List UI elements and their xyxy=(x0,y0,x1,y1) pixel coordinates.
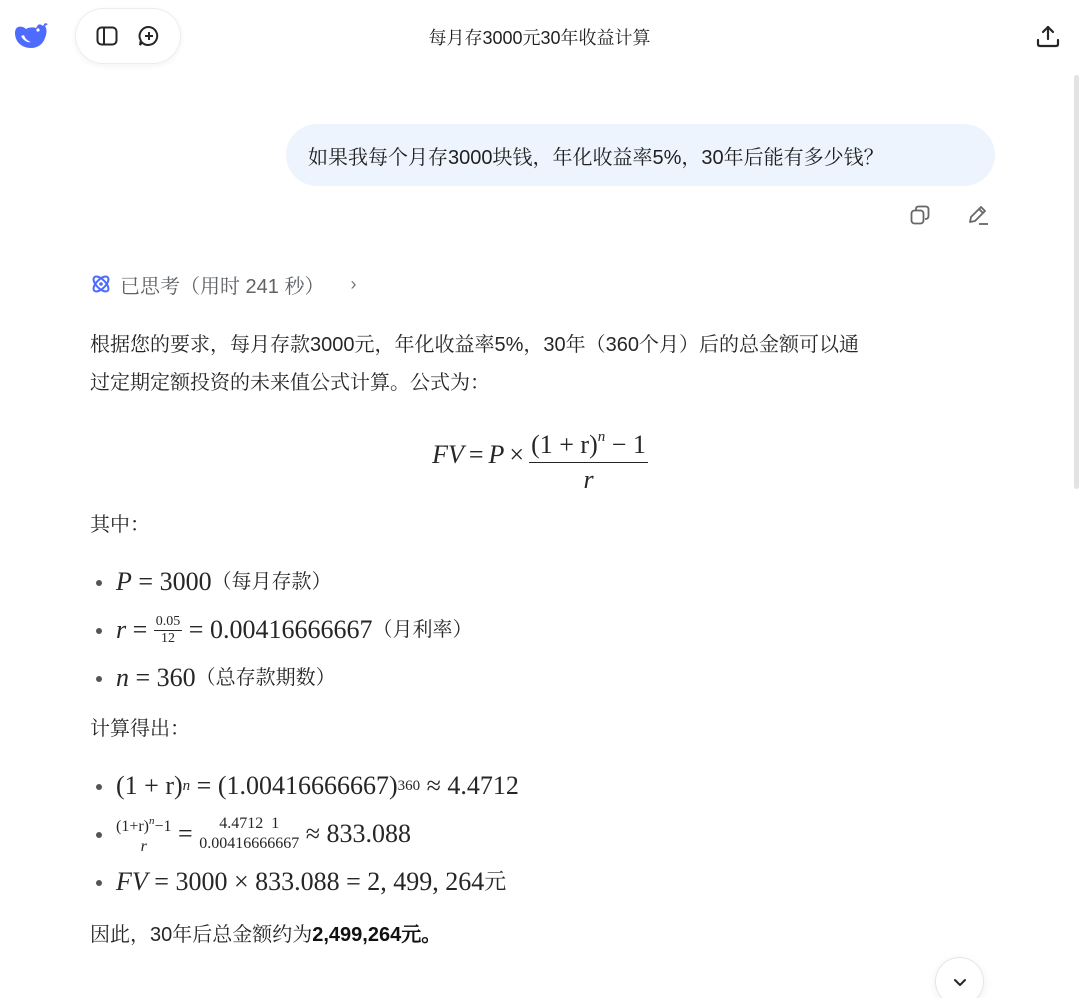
share-upload-icon xyxy=(1034,22,1062,50)
intro-line-2: 过定期定额投资的未来值公式计算。公式为： xyxy=(90,364,990,402)
list-item: (1+r)n−1 r = 4.4712 1 0.00416666667 ≈ 83… xyxy=(90,810,990,858)
formula-eq: = xyxy=(469,440,484,469)
value: 0.00416666667 xyxy=(210,611,373,649)
rate-fraction: 0.05 12 xyxy=(154,614,183,647)
note: （总存款期数） xyxy=(196,659,336,697)
where-list: P = 3000 （每月存款） r = 0.05 12 = 0.00416666… xyxy=(90,558,990,702)
result: 4.4712 xyxy=(447,767,519,805)
lhs-exp: n xyxy=(183,767,191,805)
list-item: r = 0.05 12 = 0.00416666667 （月利率） xyxy=(90,606,990,654)
eq: = xyxy=(172,815,200,853)
num-base: (1+r) xyxy=(116,818,149,835)
ratio-fraction: (1+r)n−1 r xyxy=(116,811,172,857)
copy-button[interactable] xyxy=(906,201,934,229)
share-button[interactable] xyxy=(1034,22,1062,50)
numerator-base: (1 + r) xyxy=(531,430,598,459)
calc-list: (1 + r)n = (1.00416666667)360 ≈ 4.4712 (… xyxy=(90,762,990,906)
edit-button[interactable] xyxy=(964,201,992,229)
conclusion-amount: 2,499,264元。 xyxy=(312,924,441,946)
fraction-den: 12 xyxy=(161,631,175,647)
copy-icon xyxy=(908,203,932,227)
scroll-to-bottom-button[interactable] xyxy=(936,958,983,998)
eq: = xyxy=(182,611,210,649)
conclusion: 因此，30年后总金额约为2,499,264元。 xyxy=(90,916,990,954)
chevron-right-icon: › xyxy=(350,274,356,295)
formula-lhs: FV xyxy=(432,440,464,469)
value: 360 xyxy=(157,659,196,697)
formula-p: P xyxy=(489,440,505,469)
eq: = xyxy=(190,767,218,805)
user-message-text: 如果我每个月存3000块钱，年化收益率5%，30年后能有多少钱？ xyxy=(308,141,884,170)
var-r: r xyxy=(116,611,126,649)
numerator-tail: − 1 xyxy=(605,430,646,459)
approx: ≈ xyxy=(420,767,447,805)
fv-formula: FV = P × (1 + r)n − 1 r xyxy=(90,420,990,492)
note: （月利率） xyxy=(372,611,472,649)
list-item: FV = 3000 × 833.088 = 2, 499, 264 元 xyxy=(90,858,990,906)
edit-icon xyxy=(966,203,990,227)
where-heading: 其中： xyxy=(90,506,990,544)
unit: 元 xyxy=(484,863,506,901)
eq: = xyxy=(132,563,160,601)
eq: = xyxy=(148,863,176,901)
fraction-num: (1+r)n−1 xyxy=(116,811,172,837)
value-fraction: 4.4712 1 0.00416666667 xyxy=(199,814,299,854)
atom-thinking-icon xyxy=(90,273,112,295)
var-p: P xyxy=(116,563,132,601)
var-n: n xyxy=(116,659,129,697)
user-message-bubble: 如果我每个月存3000块钱，年化收益率5%，30年后能有多少钱？ xyxy=(286,124,995,186)
fraction-den: r xyxy=(141,837,147,857)
formula-denominator: r xyxy=(583,463,593,497)
base: (1.00416666667) xyxy=(218,767,398,805)
formula-numerator: (1 + r)n − 1 xyxy=(529,420,648,463)
thinking-label: 已思考（用时 241 秒） xyxy=(120,270,324,299)
fraction-den: 0.00416666667 xyxy=(199,834,299,854)
thinking-toggle[interactable]: 已思考（用时 241 秒） › xyxy=(90,270,356,298)
list-item: (1 + r)n = (1.00416666667)360 ≈ 4.4712 xyxy=(90,762,990,810)
list-item: P = 3000 （每月存款） xyxy=(90,558,990,606)
fraction-num: 0.05 xyxy=(154,614,183,631)
lhs: (1 + r) xyxy=(116,767,183,805)
result: 833.088 xyxy=(327,815,412,853)
exp: 360 xyxy=(398,767,421,805)
num-tail: −1 xyxy=(155,818,172,835)
expr: 3000 × 833.088 = 2, 499, 264 xyxy=(175,863,484,901)
calc-heading: 计算得出： xyxy=(90,710,990,748)
conversation-title: 每月存3000元30年收益计算 xyxy=(0,24,1079,50)
lhs: FV xyxy=(116,863,148,901)
intro-line-1: 根据您的要求，每月存款3000元，年化收益率5%，30年（360个月）后的总金额… xyxy=(90,326,990,364)
note: （每月存款） xyxy=(212,563,332,601)
list-item: n = 360 （总存款期数） xyxy=(90,654,990,702)
formula-times: × xyxy=(509,440,524,469)
top-bar: 每月存3000元30年收益计算 xyxy=(0,0,1079,72)
formula-fraction: (1 + r)n − 1 r xyxy=(529,420,648,497)
approx: ≈ xyxy=(299,815,326,853)
fraction-num: 4.4712 1 xyxy=(219,814,279,834)
scrollbar-thumb[interactable] xyxy=(1074,75,1079,489)
chevron-down-icon xyxy=(952,974,968,990)
conclusion-prefix: 因此，30年后总金额约为 xyxy=(90,924,312,946)
eq: = xyxy=(129,659,157,697)
value: 3000 xyxy=(160,563,212,601)
eq: = xyxy=(126,611,154,649)
user-message-actions xyxy=(906,201,992,229)
assistant-answer: 根据您的要求，每月存款3000元，年化收益率5%，30年（360个月）后的总金额… xyxy=(90,326,990,954)
